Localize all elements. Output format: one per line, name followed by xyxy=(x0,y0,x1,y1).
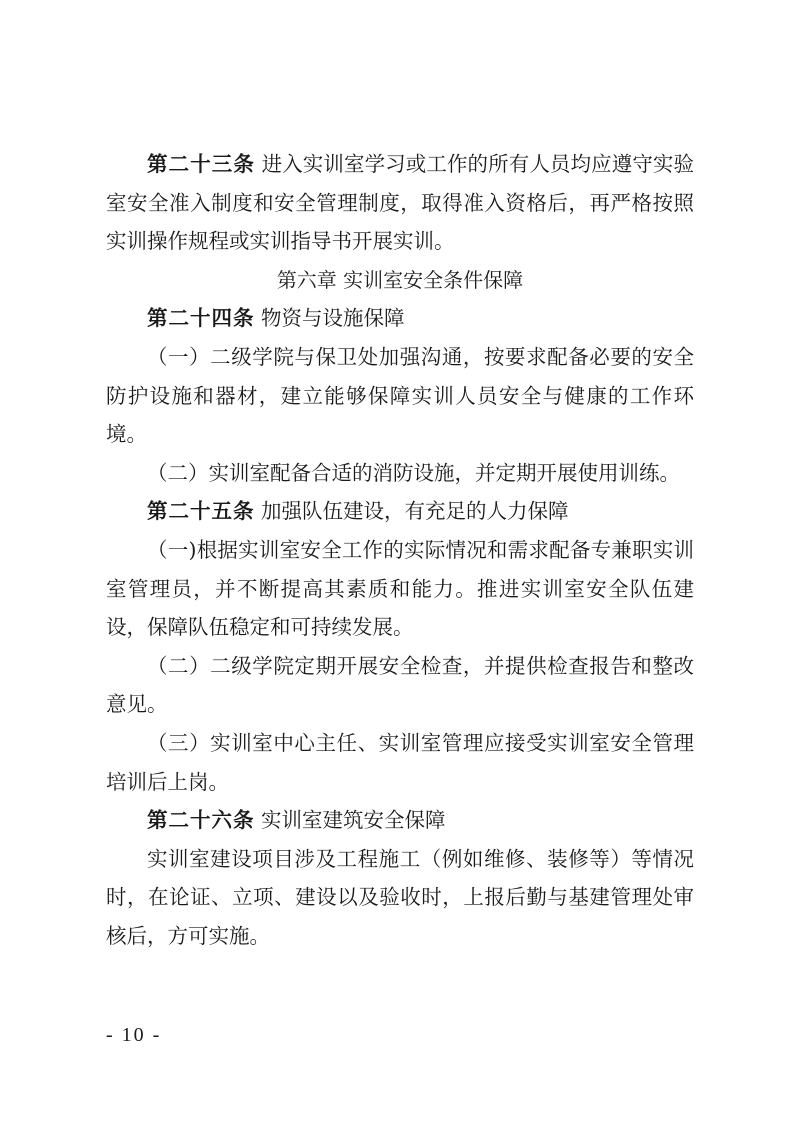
clause-25-2: （二）二级学院定期开展安全检查，并提供检查报告和整改意见。 xyxy=(106,647,694,724)
article-text: 实训室建筑安全保障 xyxy=(255,808,446,832)
clause-26-1: 实训室建设项目涉及工程施工（例如维修、装修等）等情况时，在论证、立项、建设以及验… xyxy=(106,840,694,956)
article-23: 第二十三条 进入实训室学习或工作的所有人员均应遵守实验室安全准入制度和安全管理制… xyxy=(106,145,694,261)
article-text: 加强队伍建设，有充足的人力保障 xyxy=(255,499,569,523)
article-text: 物资与设施保障 xyxy=(255,306,405,330)
article-24: 第二十四条 物资与设施保障 xyxy=(106,299,694,338)
clause-25-3: （三）实训室中心主任、实训室管理应接受实训室安全管理培训后上岗。 xyxy=(106,724,694,801)
clause-24-2: （二）实训室配备合适的消防设施，并定期开展使用训练。 xyxy=(106,454,694,493)
article-label: 第二十三条 xyxy=(147,152,255,176)
article-label: 第二十五条 xyxy=(147,499,255,523)
article-label: 第二十四条 xyxy=(147,306,255,330)
page-number: - 10 - xyxy=(106,1024,161,1047)
article-label: 第二十六条 xyxy=(147,808,255,832)
article-26: 第二十六条 实训室建筑安全保障 xyxy=(106,801,694,840)
clause-25-1: （一)根据实训室安全工作的实际情况和需求配备专兼职实训室管理员，并不断提高其素质… xyxy=(106,531,694,647)
chapter-title: 第六章 实训室安全条件保障 xyxy=(106,261,694,300)
article-25: 第二十五条 加强队伍建设，有充足的人力保障 xyxy=(106,492,694,531)
document-body: 第二十三条 进入实训室学习或工作的所有人员均应遵守实验室安全准入制度和安全管理制… xyxy=(106,145,694,955)
clause-24-1: （一）二级学院与保卫处加强沟通，按要求配备必要的安全防护设施和器材，建立能够保障… xyxy=(106,338,694,454)
